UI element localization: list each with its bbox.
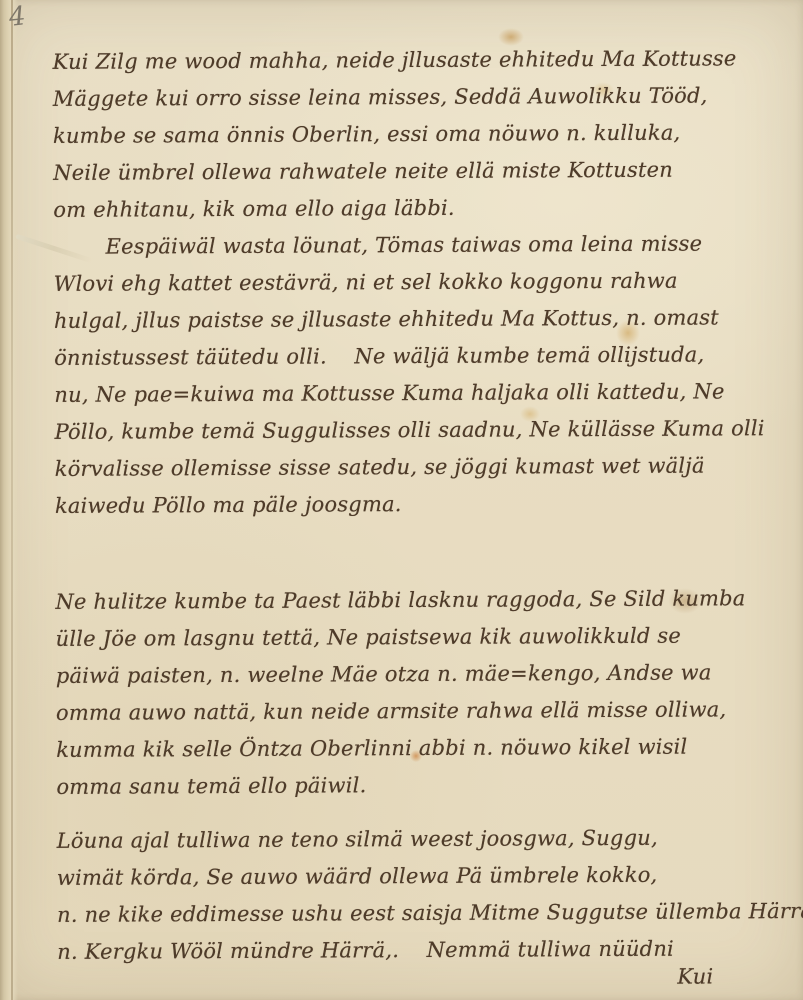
- manuscript-line: kumbe se sama önnis Oberlin, essi oma nö…: [53, 114, 779, 155]
- manuscript-line: Kui Zilg me wood mahha, neide jllusaste …: [53, 40, 779, 81]
- manuscript-page: 4 Kui Zilg me wood mahha, neide jllusast…: [0, 0, 803, 1000]
- manuscript-line: om ehhitanu, kik oma ello aiga läbbi.: [53, 188, 779, 229]
- manuscript-line: körvalisse ollemisse sisse satedu, se jö…: [55, 447, 781, 488]
- page-edge-line: [11, 0, 13, 1000]
- manuscript-line: ülle Jöe om lasgnu tettä, Ne paistsewa k…: [56, 617, 782, 658]
- paragraph-3: Ne hulitze kumbe ta Paest läbbi lasknu r…: [55, 580, 782, 806]
- manuscript-line: n. ne kike eddimesse ushu eest saisja Mi…: [57, 893, 783, 934]
- manuscript-line: kaiwedu Pöllo ma päle joosgma.: [55, 484, 781, 525]
- manuscript-line: Wlovi ehg kattet eestävrä, ni et sel kok…: [54, 262, 780, 303]
- manuscript-line: kumma kik selle Öntza Oberlinni abbi n. …: [56, 728, 782, 769]
- manuscript-line: omma auwo nattä, kun neide armsite rahwa…: [56, 691, 782, 732]
- manuscript-line: Mäggete kui orro sisse leina misses, Sed…: [53, 77, 779, 118]
- manuscript-line: omma sanu temä ello päiwil.: [56, 765, 782, 806]
- manuscript-line: Pöllo, kumbe temä Suggulisses olli saadn…: [54, 410, 780, 451]
- paragraph-1: Kui Zilg me wood mahha, neide jllusaste …: [53, 40, 780, 229]
- manuscript-line: önnistussest täütedu olli. Ne wäljä kumb…: [54, 336, 780, 377]
- paragraph-2: Eespäiwäl wasta löunat, Tömas taiwas oma…: [53, 225, 781, 525]
- manuscript-line: Löuna ajal tulliwa ne teno silmä weest j…: [57, 819, 783, 860]
- manuscript-line: wimät körda, Se auwo wäärd ollewa Pä ümb…: [57, 856, 783, 897]
- page-binding-edge: [0, 0, 18, 1000]
- page-number: 4: [7, 1, 27, 33]
- manuscript-line: nu, Ne pae=kuiwa ma Kottusse Kuma haljak…: [54, 373, 780, 414]
- manuscript-line: päiwä paisten, n. weelne Mäe otza n. mäe…: [56, 654, 782, 695]
- manuscript-line: Neile ümbrel ollewa rahwatele neite ellä…: [53, 151, 779, 192]
- manuscript-line: Ne hulitze kumbe ta Paest läbbi lasknu r…: [55, 580, 781, 621]
- manuscript-text: Kui Zilg me wood mahha, neide jllusaste …: [53, 40, 784, 995]
- manuscript-line: hulgal, jllus paistse se jllusaste ehhit…: [54, 299, 780, 340]
- manuscript-line: Eespäiwäl wasta löunat, Tömas taiwas oma…: [53, 225, 779, 266]
- paragraph-4: Löuna ajal tulliwa ne teno silmä weest j…: [57, 819, 784, 971]
